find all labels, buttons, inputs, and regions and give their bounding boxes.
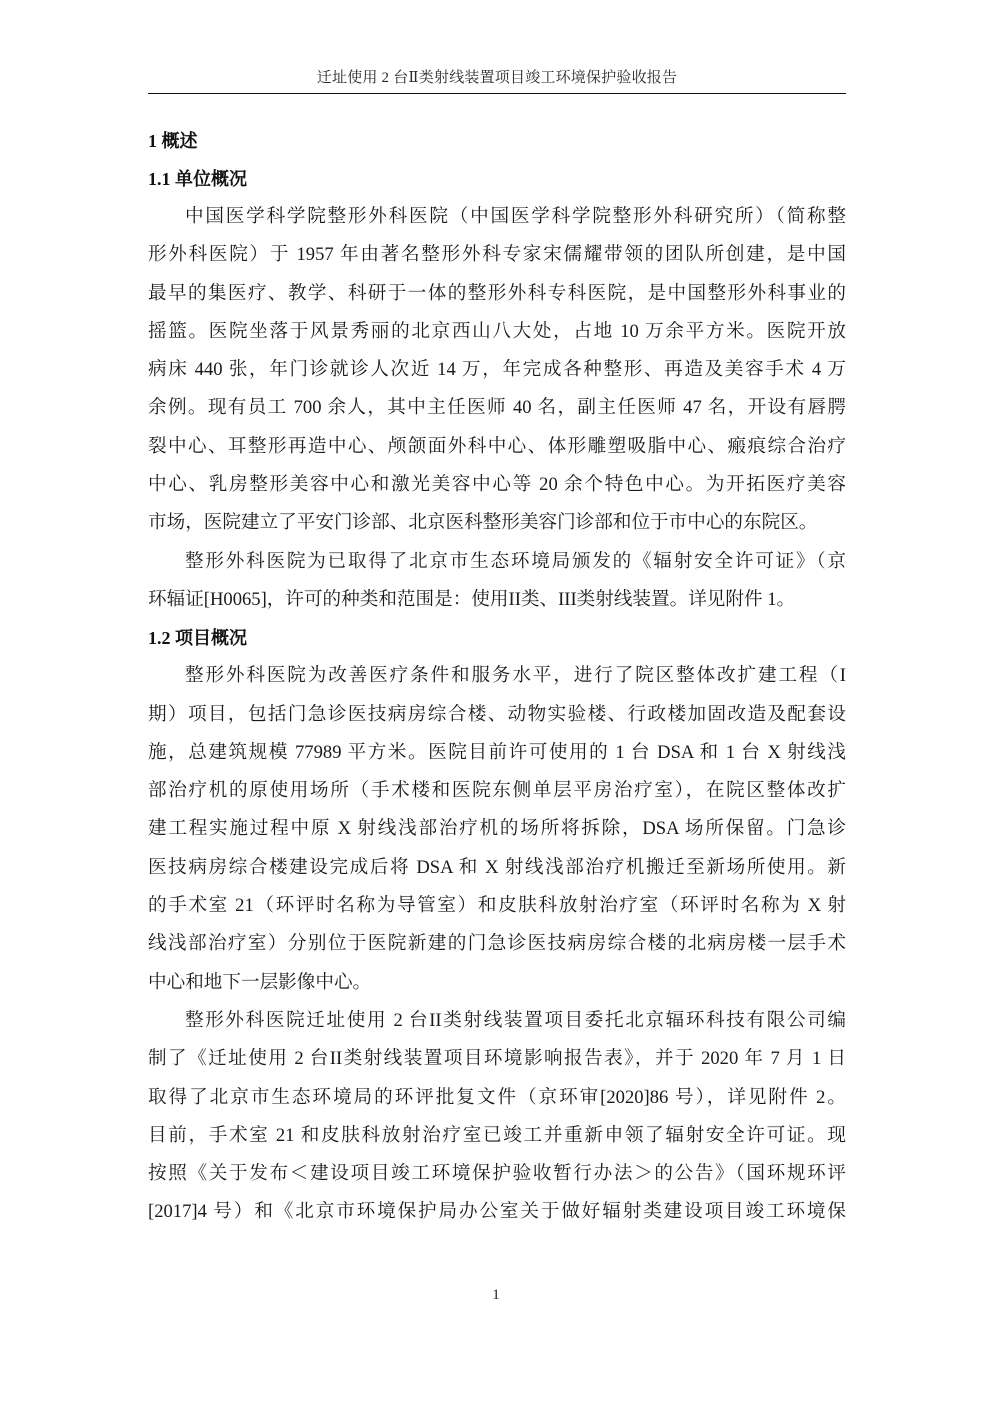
section-heading-1: 1 概述 bbox=[148, 122, 846, 160]
paragraph-line: 建工程实施过程中原 X 射线浅部治疗机的场所将拆除，DSA 场所保留。门急诊 bbox=[148, 810, 846, 848]
paragraph-line: 制了《迁址使用 2 台II类射线装置项目环境影响报告表》，并于 2020 年 7… bbox=[148, 1040, 846, 1078]
header-rule bbox=[148, 93, 846, 94]
paragraph-line: 裂中心、耳整形再造中心、颅颌面外科中心、体形雕塑吸脂中心、瘢痕综合治疗 bbox=[148, 428, 846, 466]
paragraph-unit-overview: 中国医学科学院整形外科医院（中国医学科学院整形外科研究所）（简称整 形外科医院）… bbox=[148, 198, 846, 543]
paragraph-license: 整形外科医院为已取得了北京市生态环境局颁发的《辐射安全许可证》（京 环辐证[H0… bbox=[148, 543, 846, 620]
running-header: 迁址使用 2 台Ⅱ类射线装置项目竣工环境保护验收报告 bbox=[148, 68, 846, 88]
paragraph-line: 线浅部治疗室）分别位于医院新建的门急诊医技病房综合楼的北病房楼一层手术 bbox=[148, 925, 846, 963]
paragraph-line: [2017]4 号）和《北京市环境保护局办公室关于做好辐射类建设项目竣工环境保 bbox=[148, 1193, 846, 1231]
paragraph-line: 最早的集医疗、教学、科研于一体的整形外科专科医院，是中国整形外科事业的 bbox=[148, 275, 846, 313]
paragraph-line: 取得了北京市生态环境局的环评批复文件（京环审[2020]86 号），详见附件 2… bbox=[148, 1079, 846, 1117]
paragraph-line: 环辐证[H0065]，许可的种类和范围是：使用II类、III类射线装置。详见附件… bbox=[148, 581, 846, 619]
section-heading-1-2: 1.2 项目概况 bbox=[148, 619, 846, 657]
paragraph-line: 市场，医院建立了平安门诊部、北京医科整形美容门诊部和位于市中心的东院区。 bbox=[148, 504, 846, 542]
paragraph-line: 整形外科医院为已取得了北京市生态环境局颁发的《辐射安全许可证》（京 bbox=[148, 543, 846, 581]
paragraph-line: 余例。现有员工 700 余人，其中主任医师 40 名，副主任医师 47 名，开设… bbox=[148, 389, 846, 427]
paragraph-line: 整形外科医院为改善医疗条件和服务水平，进行了院区整体改扩建工程（I bbox=[148, 657, 846, 695]
paragraph-line: 中国医学科学院整形外科医院（中国医学科学院整形外科研究所）（简称整 bbox=[148, 198, 846, 236]
paragraph-line: 中心和地下一层影像中心。 bbox=[148, 964, 846, 1002]
paragraph-line: 期）项目，包括门急诊医技病房综合楼、动物实验楼、行政楼加固改造及配套设 bbox=[148, 696, 846, 734]
paragraph-line: 目前，手术室 21 和皮肤科放射治疗室已竣工并重新申领了辐射安全许可证。现 bbox=[148, 1117, 846, 1155]
paragraph-line: 医技病房综合楼建设完成后将 DSA 和 X 射线浅部治疗机搬迁至新场所使用。新 bbox=[148, 849, 846, 887]
section-heading-1-1: 1.1 单位概况 bbox=[148, 160, 846, 198]
paragraph-line: 形外科医院）于 1957 年由著名整形外科专家宋儒耀带领的团队所创建，是中国 bbox=[148, 236, 846, 274]
paragraph-line: 病床 440 张，年门诊就诊人次近 14 万，年完成各种整形、再造及美容手术 4… bbox=[148, 351, 846, 389]
paragraph-line: 按照《关于发布＜建设项目竣工环境保护验收暂行办法＞的公告》（国环规环评 bbox=[148, 1155, 846, 1193]
paragraph-line: 部治疗机的原使用场所（手术楼和医院东侧单层平房治疗室），在院区整体改扩 bbox=[148, 772, 846, 810]
paragraph-line: 中心、乳房整形美容中心和激光美容中心等 20 余个特色中心。为开拓医疗美容 bbox=[148, 466, 846, 504]
paragraph-line: 施，总建筑规模 77989 平方米。医院目前许可使用的 1 台 DSA 和 1 … bbox=[148, 734, 846, 772]
paragraph-line: 整形外科医院迁址使用 2 台II类射线装置项目委托北京辐环科技有限公司编 bbox=[148, 1002, 846, 1040]
paragraph-eia-approval: 整形外科医院迁址使用 2 台II类射线装置项目委托北京辐环科技有限公司编 制了《… bbox=[148, 1002, 846, 1232]
document-body: 1 概述 1.1 单位概况 中国医学科学院整形外科医院（中国医学科学院整形外科研… bbox=[148, 120, 846, 1232]
page-number: 1 bbox=[0, 1287, 992, 1304]
paragraph-project-overview: 整形外科医院为改善医疗条件和服务水平，进行了院区整体改扩建工程（I 期）项目，包… bbox=[148, 657, 846, 1002]
paragraph-line: 摇篮。医院坐落于风景秀丽的北京西山八大处，占地 10 万余平方米。医院开放 bbox=[148, 313, 846, 351]
paragraph-line: 的手术室 21（环评时名称为导管室）和皮肤科放射治疗室（环评时名称为 X 射 bbox=[148, 887, 846, 925]
